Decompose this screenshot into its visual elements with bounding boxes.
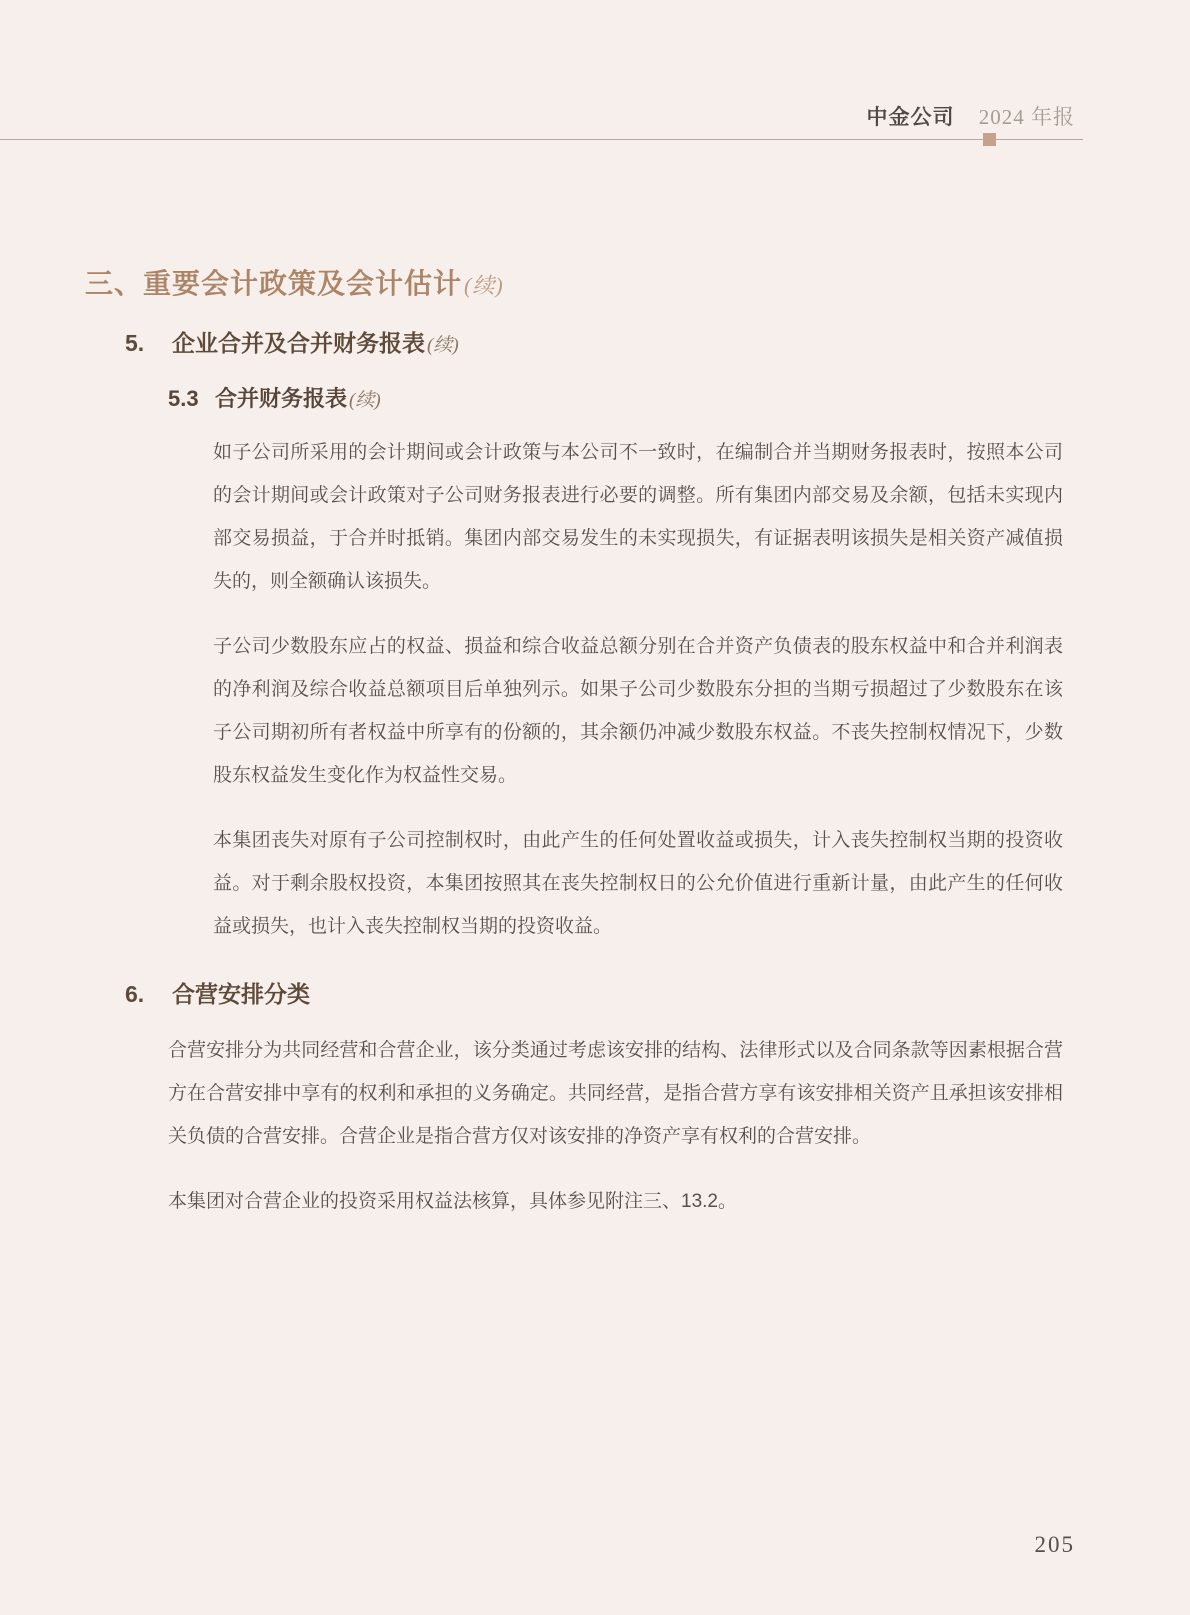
section-5-title: 企业合并及合并财务报表 [172, 330, 425, 356]
running-header: 中金公司 2024 年报 [867, 101, 1076, 131]
paragraph: 合营安排分为共同经营和合营企业，该分类通过考虑该安排的结构、法律形式以及合同条款… [168, 1029, 1063, 1158]
report-page: 中金公司 2024 年报 三、重要会计政策及会计估计(续) 5. 企业合并及合并… [0, 0, 1190, 1615]
section-6-heading: 6. 合营安排分类 [125, 976, 1063, 1009]
page-number: 205 [1035, 1532, 1076, 1558]
section-5-continued-suffix: (续) [427, 335, 459, 356]
header-rule [0, 139, 1083, 140]
page-content: 三、重要会计政策及会计估计(续) 5. 企业合并及合并财务报表(续) 5.3 合… [85, 262, 1063, 1223]
section-6-title: 合营安排分类 [172, 976, 310, 1009]
section-5-3-title-wrap: 合并财务报表(续) [215, 382, 381, 413]
section-5-3-heading: 5.3 合并财务报表(续) [168, 382, 1063, 413]
section-6-body: 合营安排分为共同经营和合营企业，该分类通过考虑该安排的结构、法律形式以及合同条款… [168, 1029, 1063, 1223]
section-5-3-continued-suffix: (续) [349, 390, 381, 411]
section-5-3-number: 5.3 [168, 386, 215, 412]
chapter-heading: 三、重要会计政策及会计估计(续) [85, 262, 1063, 302]
section-6-number: 6. [125, 981, 172, 1008]
section-5-3-body: 如子公司所采用的会计期间或会计政策与本公司不一致时，在编制合并当期财务报表时，按… [213, 431, 1063, 948]
paragraph: 子公司少数股东应占的权益、损益和综合收益总额分别在合并资产负债表的股东权益中和合… [213, 625, 1063, 797]
rule-square-ornament [983, 133, 996, 146]
paragraph: 本集团对合营企业的投资采用权益法核算，具体参见附注三、13.2。 [168, 1180, 1063, 1223]
company-name: 中金公司 [867, 105, 955, 129]
paragraph: 本集团丧失对原有子公司控制权时，由此产生的任何处置收益或损失，计入丧失控制权当期… [213, 819, 1063, 948]
section-5-number: 5. [125, 330, 172, 357]
section-5-title-wrap: 企业合并及合并财务报表(续) [172, 325, 459, 358]
section-5-heading: 5. 企业合并及合并财务报表(续) [125, 325, 1063, 358]
chapter-continued-suffix: (续) [464, 273, 504, 298]
section-5-3-title: 合并财务报表 [215, 386, 347, 411]
chapter-heading-text: 三、重要会计政策及会计估计 [85, 268, 462, 299]
paragraph: 如子公司所采用的会计期间或会计政策与本公司不一致时，在编制合并当期财务报表时，按… [213, 431, 1063, 603]
report-year-label: 2024 年报 [979, 105, 1075, 129]
